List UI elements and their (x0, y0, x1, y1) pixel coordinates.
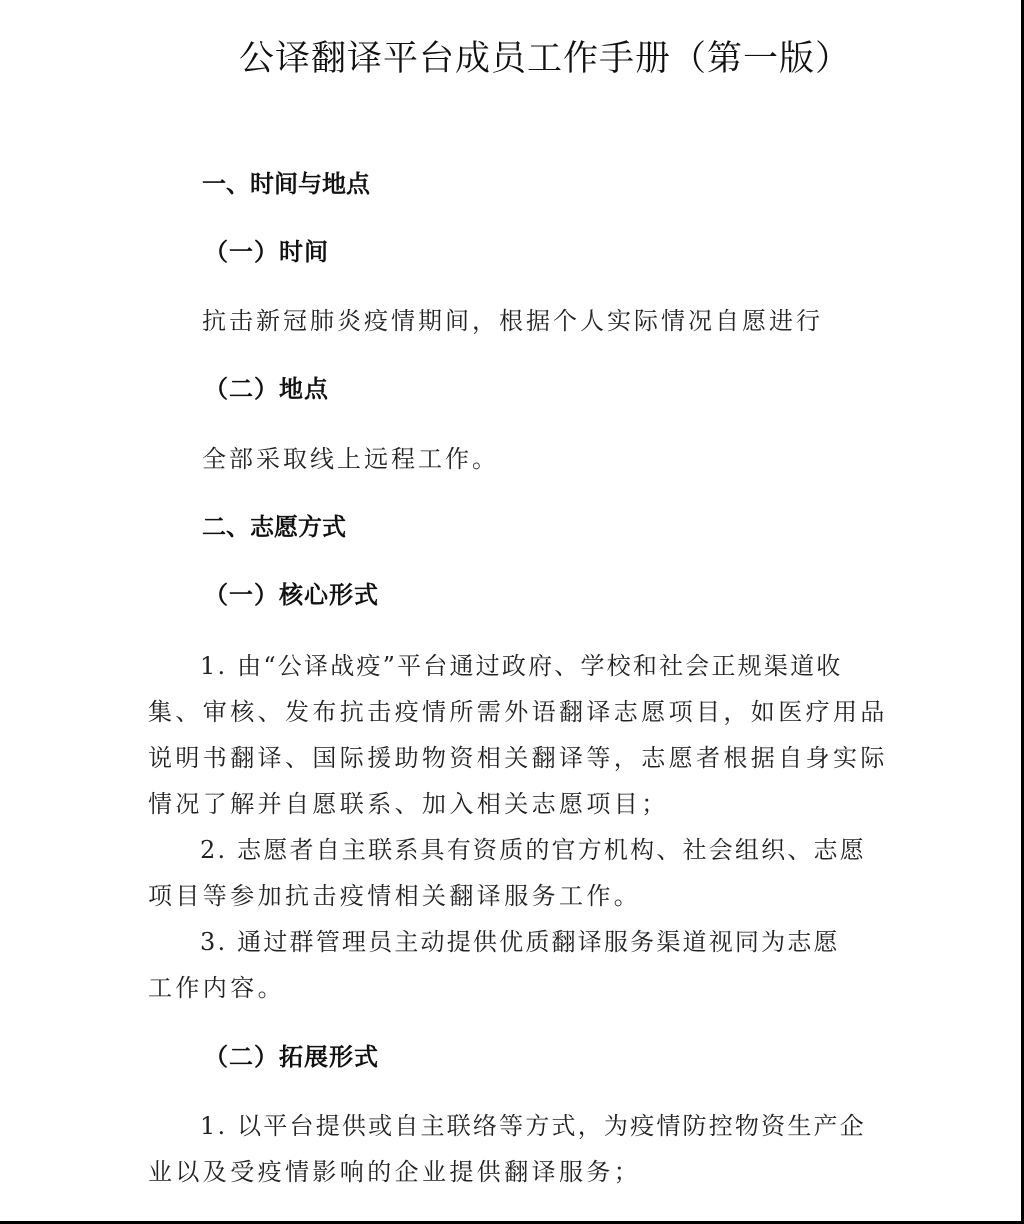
text-line: 情况了解并自愿联系、加入相关志愿项目； (148, 781, 878, 827)
document-page: 公译翻译平台成员工作手册（第一版） 一、时间与地点 （一）时间 抗击新冠肺炎疫情… (0, 0, 1024, 1224)
list-item-core-2: 2. 志愿者自主联系具有资质的官方机构、社会组织、志愿 项目等参加抗击疫情相关翻… (148, 827, 878, 919)
text-line: 集、审核、发布抗击疫情所需外语翻译志愿项目，如医疗用品 (148, 689, 878, 735)
text-line: 1. 由“公译战疫”平台通过政府、学校和社会正规渠道收 (148, 643, 878, 689)
section-heading-volunteer-methods: 二、志愿方式 (202, 511, 346, 543)
text-line: 项目等参加抗击疫情相关翻译服务工作。 (148, 873, 878, 919)
text-line: 3. 通过群管理员主动提供优质翻译服务渠道视同为志愿 (148, 919, 878, 965)
subsection-heading-extended-forms: （二）拓展形式 (204, 1041, 379, 1073)
section-heading-time-and-place: 一、时间与地点 (202, 168, 370, 200)
paragraph-time: 抗击新冠肺炎疫情期间，根据个人实际情况自愿进行 (202, 305, 823, 337)
list-item-core-1: 1. 由“公译战疫”平台通过政府、学校和社会正规渠道收 集、审核、发布抗击疫情所… (148, 643, 878, 827)
list-item-extended-1: 1. 以平台提供或自主联络等方式，为疫情防控物资生产企 业以及受疫情影响的企业提… (148, 1103, 878, 1195)
text-line: 业以及受疫情影响的企业提供翻译服务； (148, 1149, 878, 1195)
subsection-heading-core-forms: （一）核心形式 (204, 579, 379, 611)
text-line: 1. 以平台提供或自主联络等方式，为疫情防控物资生产企 (148, 1103, 878, 1149)
list-item-core-3: 3. 通过群管理员主动提供优质翻译服务渠道视同为志愿 工作内容。 (148, 919, 878, 1011)
document-title: 公译翻译平台成员工作手册（第一版） (0, 36, 1024, 82)
paragraph-place: 全部采取线上远程工作。 (202, 443, 499, 475)
subsection-heading-place: （二）地点 (204, 373, 329, 405)
text-line: 2. 志愿者自主联系具有资质的官方机构、社会组织、志愿 (148, 827, 878, 873)
subsection-heading-time: （一）时间 (204, 236, 329, 268)
text-line: 工作内容。 (148, 965, 878, 1011)
text-line: 说明书翻译、国际援助物资相关翻译等，志愿者根据自身实际 (148, 735, 878, 781)
